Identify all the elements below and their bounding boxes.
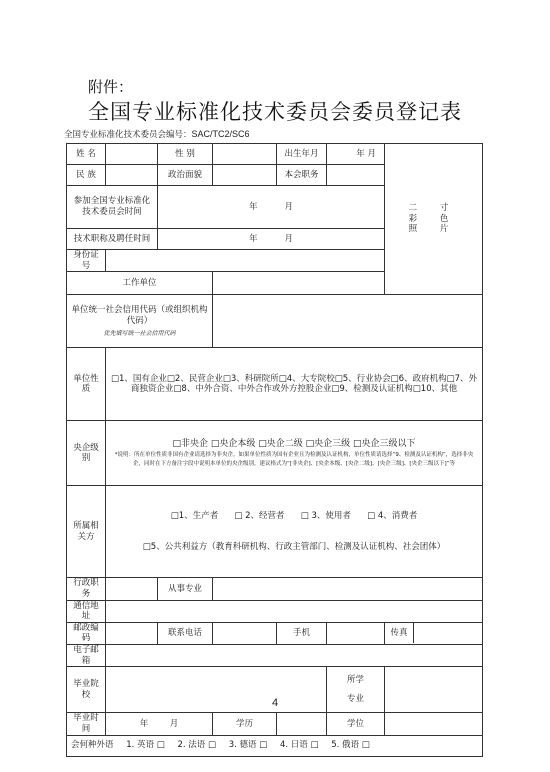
credit-code-note: 优先填写统一社会信用代码 <box>70 330 209 338</box>
phone-label: 联系电话 <box>158 622 213 644</box>
unit-nature-options[interactable]: □1、国有企业□2、民营企业□3、科研院所□4、大专院校□5、行业协会□6、政府… <box>106 348 483 421</box>
attachment-label: 附件： <box>88 76 133 97</box>
major-field[interactable] <box>213 578 483 600</box>
fax-field[interactable] <box>414 623 482 643</box>
ethnicity-field[interactable] <box>106 165 158 186</box>
gender-label: 性 别 <box>158 144 213 165</box>
photo-text-3: 照 片 <box>388 224 479 235</box>
fax-label: 传真 <box>385 623 414 643</box>
language-option-russian[interactable]: 5. 俄语 □ <box>331 740 370 750</box>
postcode-field[interactable] <box>106 622 158 644</box>
position-label: 本会职务 <box>277 165 327 186</box>
address-label: 通信地址 <box>67 600 106 622</box>
admin-duty-label: 行政职务 <box>67 578 106 600</box>
name-field[interactable] <box>106 144 158 165</box>
id-field[interactable] <box>106 250 385 272</box>
photo-text-1: 二 寸 <box>388 203 479 214</box>
stakeholder-cell: □1、生产者 □ 2、经营者 □ 3、使用者 □ 4、消费者 □5、公共利益方（… <box>106 486 483 578</box>
credit-code-label: 单位统一社会信用代码（或组织机构代码） <box>71 305 207 326</box>
id-label: 身份证号 <box>67 250 106 272</box>
language-option-japanese[interactable]: 4. 日语 □ <box>280 740 319 750</box>
phone-field[interactable] <box>213 622 277 644</box>
education-field[interactable] <box>277 713 327 735</box>
stakeholder-label: 所属相关方 <box>67 486 106 578</box>
stakeholder-options-2[interactable]: □5、公共利益方（教育科研机构、行政主管部门、检测及认证机构、社会团体） <box>110 542 478 553</box>
admin-duty-field[interactable] <box>106 578 158 600</box>
credit-code-label-cell: 单位统一社会信用代码（或组织机构代码） 优先填写统一社会信用代码 <box>67 295 213 348</box>
gender-field[interactable] <box>213 144 277 165</box>
education-label: 学历 <box>213 713 277 735</box>
grad-time-field[interactable]: 年 月 <box>106 713 213 735</box>
language-row: 会何种外语 1. 英语 □ 2. 法语 □ 3. 德语 □ 4. 日语 □ 5.… <box>67 735 483 756</box>
political-field[interactable] <box>213 165 277 186</box>
name-label: 姓 名 <box>67 144 106 165</box>
ethnicity-label: 民 族 <box>67 165 106 186</box>
unit-nature-label: 单位性质 <box>67 348 106 421</box>
birth-field[interactable]: 年 月 <box>327 144 385 165</box>
email-field[interactable] <box>106 645 483 667</box>
language-option-german[interactable]: 3. 德语 □ <box>229 740 268 750</box>
language-label: 会何种外语 <box>71 740 114 750</box>
email-label: 电子邮箱 <box>67 645 106 667</box>
title-time-field[interactable]: 年 月 <box>158 229 385 250</box>
language-option-french[interactable]: 2. 法语 □ <box>177 740 216 750</box>
mobile-field[interactable] <box>327 622 385 644</box>
committee-code-label: 全国专业标准化技术委员会编号： <box>64 130 192 140</box>
address-field[interactable] <box>106 600 483 622</box>
language-option-english[interactable]: 1. 英语 □ <box>126 740 165 750</box>
photo-text-2: 彩 色 <box>388 214 479 225</box>
committee-code: 全国专业标准化技术委员会编号：SAC/TC2/SC6 <box>64 128 250 140</box>
degree-field[interactable] <box>385 713 483 735</box>
political-label: 政治面貌 <box>158 165 213 186</box>
registration-form-table: 姓 名 性 别 出生年月 年 月 二 寸 彩 色 照 片 民 族 政治面貌 本会… <box>66 143 483 757</box>
soe-level-options[interactable]: □非央企 □央企本级 □央企二级 □央企三级 □央企三级以下 <box>110 437 478 451</box>
postcode-label: 邮政编码 <box>67 622 106 644</box>
committee-code-value: SAC/TC2/SC6 <box>192 129 250 139</box>
soe-level-label: 央企级别 <box>67 421 106 486</box>
major-label: 从事专业 <box>158 578 213 600</box>
title-time-label: 技术职称及聘任时间 <box>67 229 158 250</box>
soe-level-cell: □非央企 □央企本级 □央企二级 □央企三级 □央企三级以下 *说明：所在单位性… <box>106 421 483 486</box>
mobile-label: 手机 <box>277 622 327 644</box>
page-number: 4 <box>0 697 550 709</box>
stakeholder-options-1[interactable]: □1、生产者 □ 2、经营者 □ 3、使用者 □ 4、消费者 <box>110 511 478 522</box>
grad-time-label: 毕业时间 <box>67 713 106 735</box>
position-field[interactable] <box>327 165 385 186</box>
soe-level-note: *说明：所在单位性质非国有企业请选择为非央企。如果单位性质为国有企业且为检测及认… <box>110 451 478 470</box>
work-unit-field[interactable] <box>213 272 483 295</box>
join-time-field[interactable]: 年 月 <box>158 186 385 229</box>
fax-cell: 传真 <box>385 622 483 644</box>
form-title: 全国专业标准化技术委员会委员登记表 <box>0 96 550 126</box>
work-unit-label: 工作单位 <box>67 272 213 295</box>
credit-code-field[interactable] <box>213 295 483 348</box>
join-time-label: 参加全国专业标准化技术委员会时间 <box>67 186 158 229</box>
birth-label: 出生年月 <box>277 144 327 165</box>
degree-label: 学位 <box>327 713 385 735</box>
